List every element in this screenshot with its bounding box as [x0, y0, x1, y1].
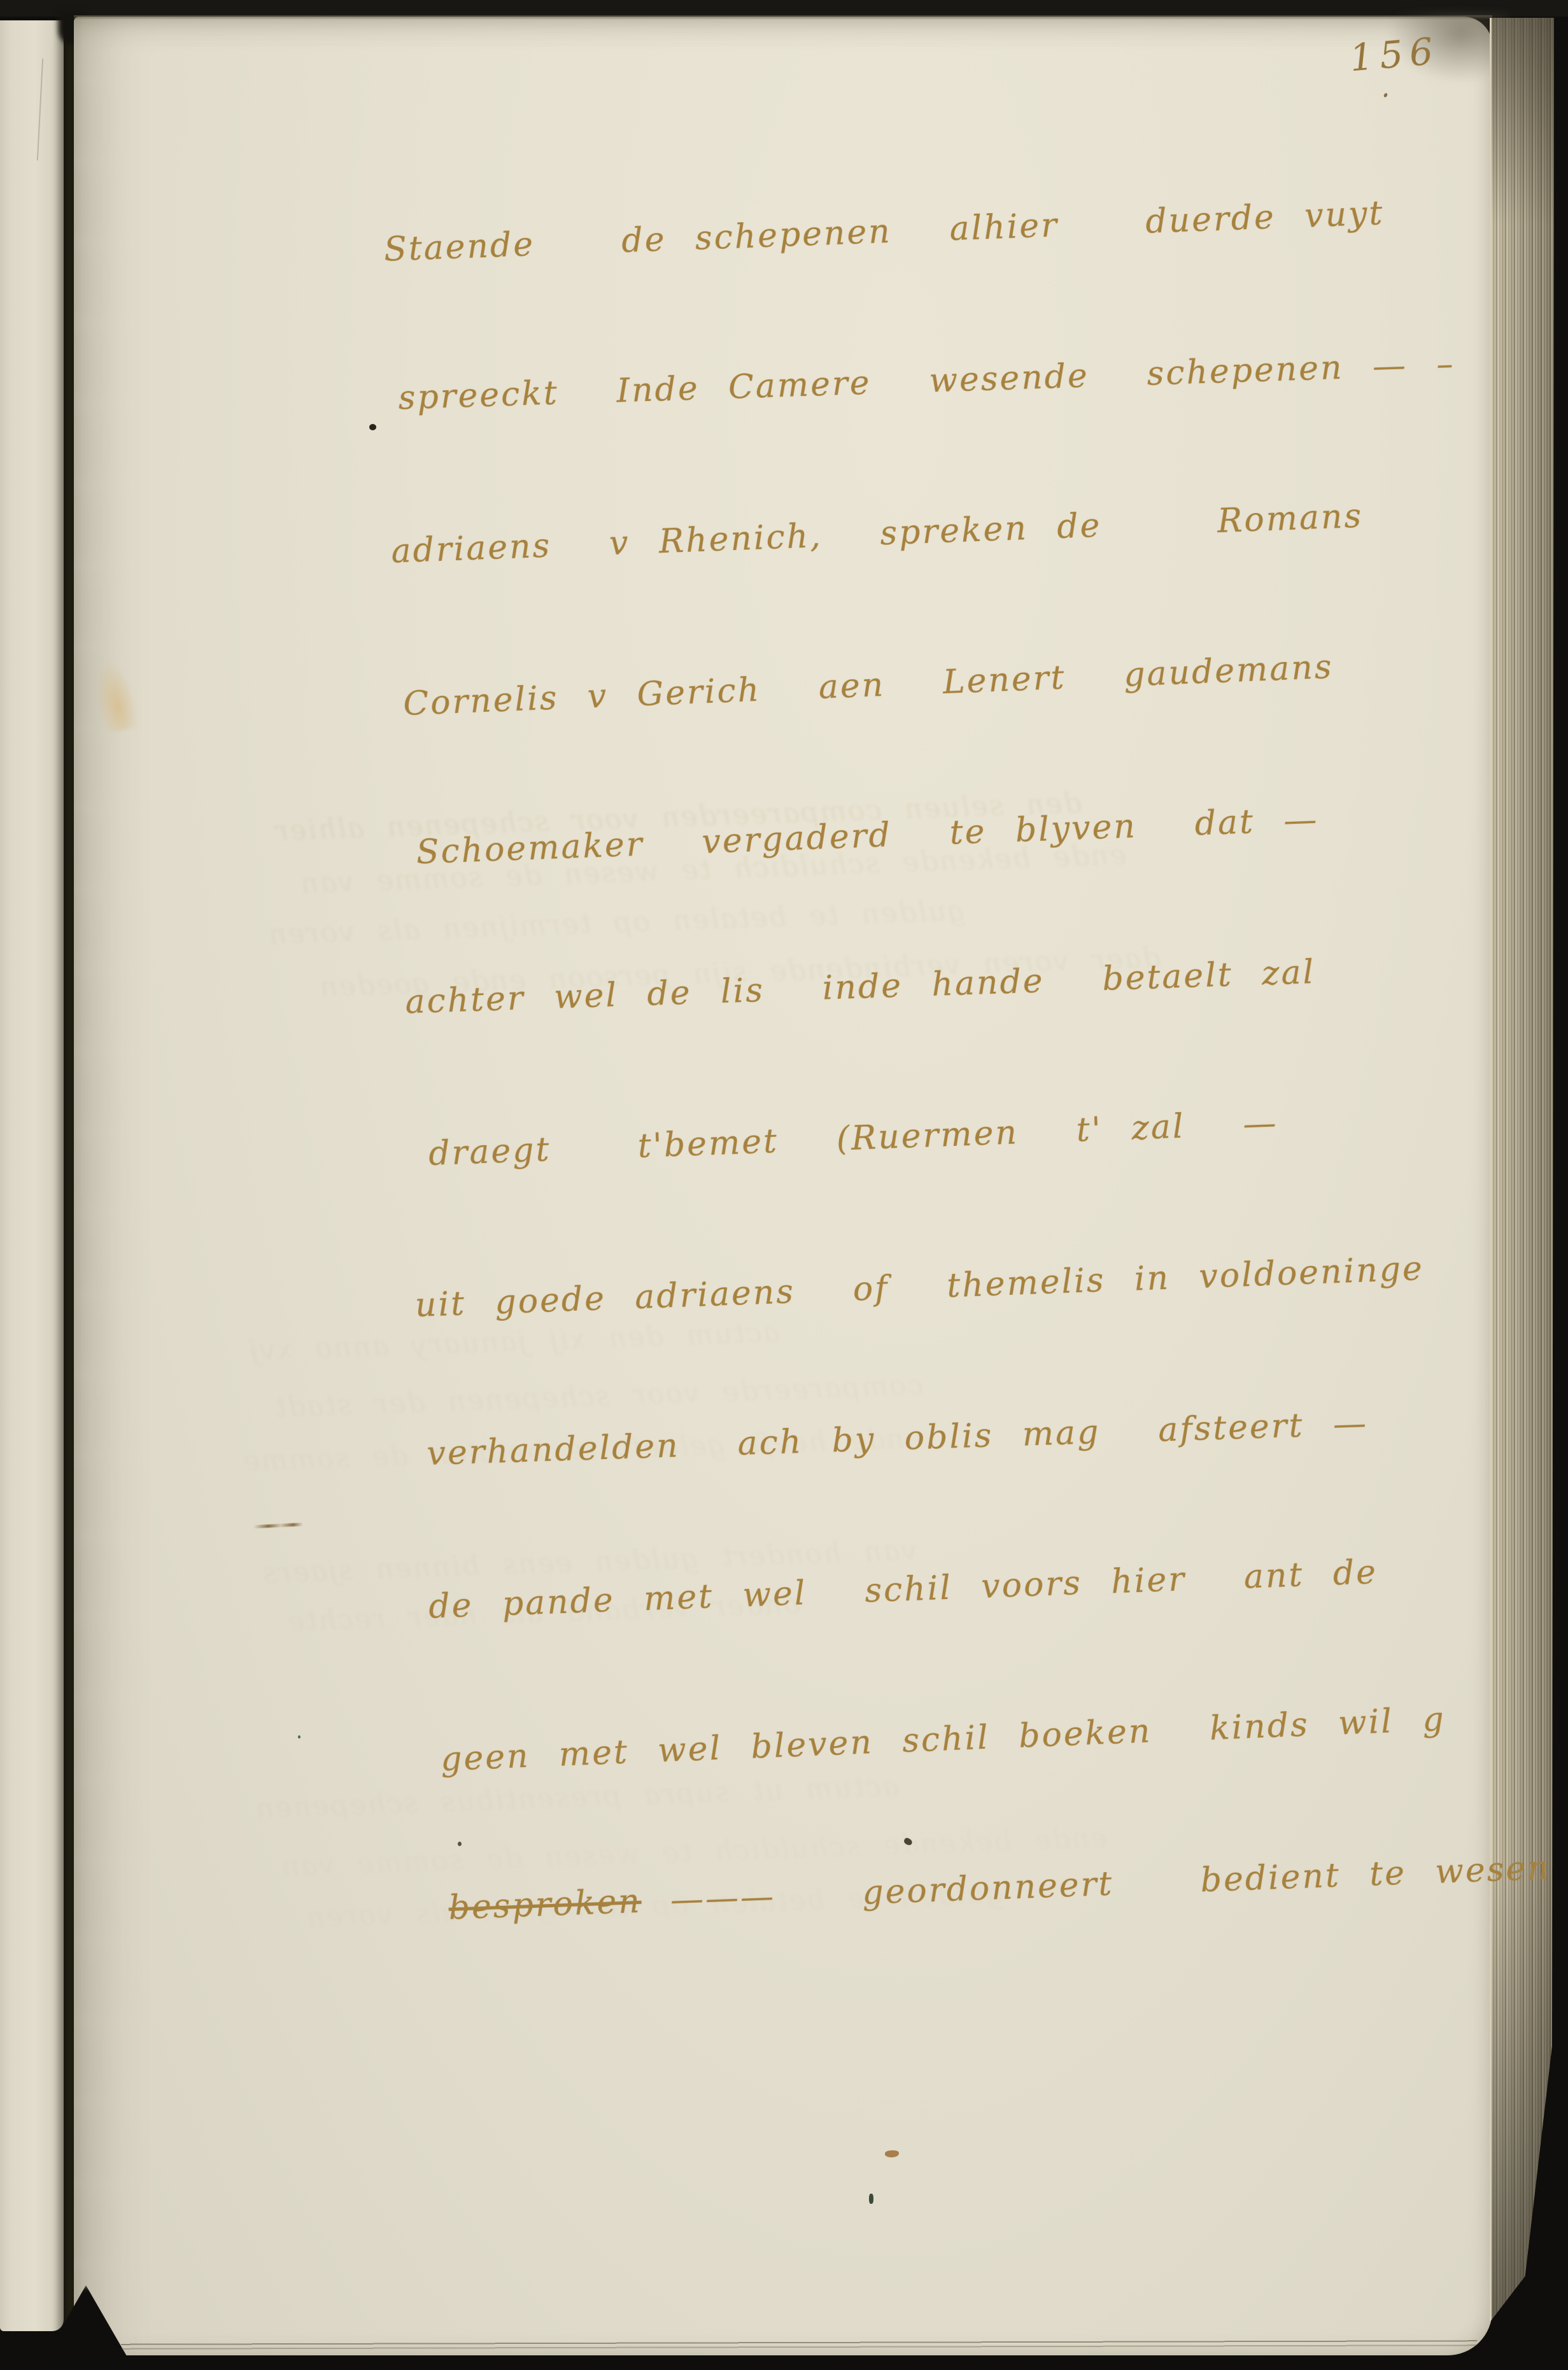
paper-fleck [869, 2194, 873, 2204]
manuscript-text-block: Staende de schepenen alhier duerde vuyt … [379, 85, 1531, 2035]
manuscript-line: Staende de schepenen alhier duerde vuyt [383, 186, 1467, 276]
photographed-book-page: 156 Staende de schepenen alhier duerde v… [0, 0, 1568, 2370]
paper-fleck [458, 1842, 462, 1846]
facing-page-edge [0, 20, 64, 2331]
manuscript-line: uit goede adriaens of themelis in voldoe… [414, 1241, 1506, 1331]
manuscript-line: Cornelis v Gerich aen Lenert gaudemans [402, 636, 1483, 730]
ink-dot [369, 424, 376, 430]
manuscript-line: draegt t'bemet (Ruermen t' zal — [428, 1090, 1500, 1180]
paper-fleck [298, 1735, 300, 1739]
manuscript-line: spreeckt Inde Camere wesende schepenen —… [398, 339, 1473, 423]
manuscript-line: geen met wel bleven schil boeken kinds w… [440, 1691, 1522, 1785]
manuscript-line: adriaens v Rhenich, spreken de Romans [390, 487, 1478, 577]
page-top-edge-line [74, 15, 1492, 20]
